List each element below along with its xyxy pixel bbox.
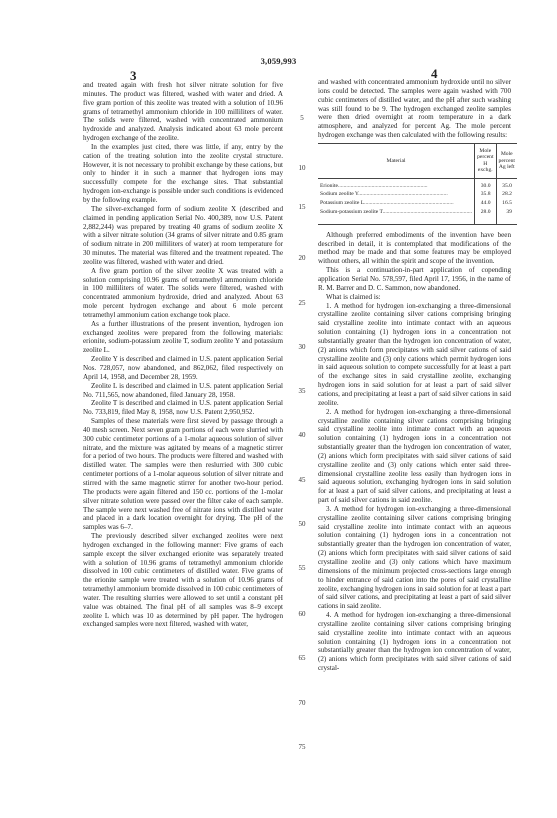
results-table: Material Mole percent H exchg. Mole perc… [318,143,517,225]
paragraph: Although preferred embodiments of the in… [318,231,511,266]
material-name: Erionite [320,183,472,189]
paragraph: As a further illustrations of the presen… [83,320,283,355]
paragraph: This is a continuation-in-part applicati… [318,266,511,293]
claim-1: 1. A method for hydrogen ion-exchanging … [318,302,511,408]
paragraph: Zeolite L is described and claimed in U.… [83,382,283,400]
patent-number: 3,059,993 [0,56,557,66]
table-header-row: Material Mole percent H exchg. Mole perc… [318,143,517,178]
table-row: Sodium-potassium zeolite T 28.0 39 [318,209,517,224]
column-header-ag-left: Mole percent Ag left [496,143,517,178]
paragraph: A five gram portion of the silver zeolit… [83,267,283,320]
ag-left-cell: 16.5 [496,200,517,209]
paragraph: and washed with concentrated ammonium hy… [318,78,511,140]
h-exchg-cell: 28.0 [475,209,496,224]
h-exchg-cell: 30.0 [475,178,496,191]
line-number: 55 [294,564,310,572]
ag-left-cell: 28.2 [496,191,517,200]
material-cell: Potassium zeolite L [318,200,475,209]
table-row: Sodium zeolite Y 35.8 28.2 [318,191,517,200]
paragraph: In the examples just cited, there was li… [83,143,283,205]
claim-3: 3. A method for hydrogen ion-exchanging … [318,505,511,611]
left-column: and treated again with fresh hot silver … [83,81,283,629]
ag-left-cell: 39 [496,209,517,224]
line-number: 20 [294,254,310,262]
material-name: Sodium-potassium zeolite T [320,209,472,215]
h-exchg-cell: 44.0 [475,200,496,209]
paragraph: and treated again with fresh hot silver … [83,81,283,143]
line-number: 45 [294,476,310,484]
paragraph: Samples of these materials were first si… [83,417,283,532]
line-number: 5 [294,114,310,122]
paragraph: The silver-exchanged form of sodium zeol… [83,205,283,267]
material-cell: Sodium-potassium zeolite T [318,209,475,224]
table-row: Erionite 30.0 35.0 [318,178,517,191]
claims-heading: What is claimed is: [318,293,511,302]
line-number: 10 [294,164,310,172]
line-number: 50 [294,520,310,528]
table-row: Potassium zeolite L 44.0 16.5 [318,200,517,209]
claim-4: 4. A method for hydrogen ion-exchanging … [318,611,511,673]
line-number: 30 [294,343,310,351]
column-header-h-exchg: Mole percent H exchg. [475,143,496,178]
right-column: and washed with concentrated ammonium hy… [318,78,511,673]
line-number: 35 [294,387,310,395]
paragraph: Zeolite T is described and claimed in U.… [83,399,283,417]
line-number: 25 [294,299,310,307]
material-cell: Erionite [318,178,475,191]
line-number: 65 [294,654,310,662]
line-number: 70 [294,699,310,707]
claim-2: 2. A method for hydrogen ion-exchanging … [318,408,511,505]
line-number: 60 [294,610,310,618]
paragraph: The previously described silver exchange… [83,532,283,629]
paragraph: Zeolite Y is described and claimed in U.… [83,355,283,382]
results-table-container: Material Mole percent H exchg. Mole perc… [318,143,511,225]
line-number: 75 [294,743,310,751]
line-number: 40 [294,431,310,439]
material-name: Sodium zeolite Y [320,191,472,197]
material-cell: Sodium zeolite Y [318,191,475,200]
column-header-material: Material [318,143,475,178]
line-number: 15 [294,203,310,211]
ag-left-cell: 35.0 [496,178,517,191]
material-name: Potassium zeolite L [320,200,472,206]
h-exchg-cell: 35.8 [475,191,496,200]
